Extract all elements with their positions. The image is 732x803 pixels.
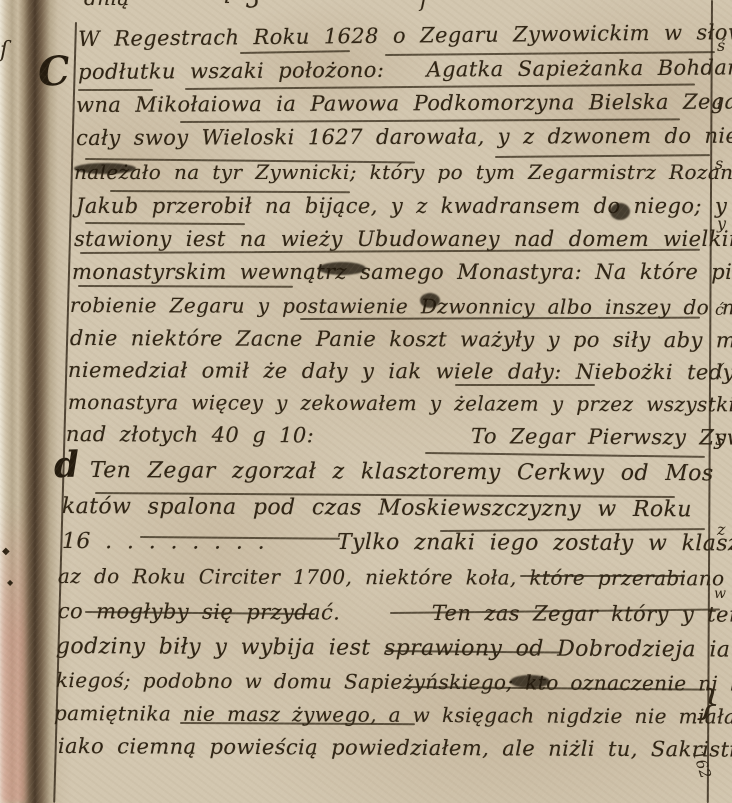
manuscript-line-13: nad złotych 40 g 10: To Zegar Pierwszy Z… [66,422,732,450]
manuscript-line-20: kiegoś; podobno w domu Sapieżyńskiego; k… [56,668,732,696]
page-edge-mark: w [714,586,726,602]
ink-blot [318,262,366,275]
underline-stroke [495,154,710,158]
manuscript-line-15: katów spalona pod czas Moskiewszczyzny w… [62,494,692,522]
page-edge-mark: ( [717,360,724,381]
manuscript-line-1: W Regestrach Roku 1628 o Zegaru Zywowick… [78,20,732,51]
underline-stroke [455,384,595,386]
underline-stroke [78,285,293,288]
manuscript-line-17: az do Roku Circiter 1700, niektóre koła,… [58,564,732,590]
underline-stroke [85,222,245,225]
manuscript-line-9: robienie Zegaru y postawienie Dzwonnicy … [70,293,732,319]
manuscript-line-2: podłutku wszaki położono: Agatka Sapieża… [78,55,732,84]
page-edge-mark: ł [717,94,722,113]
manuscript-line-12: monastyra więcey y zekowałem y żelazem y… [68,390,732,416]
page-edge-mark: S [715,430,726,449]
margin-letter-d: d [53,444,80,487]
page-edge-mark: ſ [0,38,8,63]
page-edge-mark: } [696,682,723,725]
ink-blot [510,675,550,688]
underline-stroke [425,452,705,458]
margin-letter-C: C [36,47,71,96]
manuscript-line-8: monastyrskim wewnątrz samego Monastyra: … [72,260,732,284]
underline-stroke [78,89,153,91]
page-edge-mark: z [717,520,725,539]
manuscript-line-19: godziny biły y wybija iest sprawiony od … [56,634,731,663]
page-edge-mark: s [715,154,723,173]
manuscript-line-6: Jakub przerobił na bijące, y z kwadranse… [76,194,732,218]
manuscript-line-16: 16 . . . . . . . . Tylko znaki iego zost… [62,529,732,557]
manuscript-line-10: dnie niektóre Zacne Panie koszt ważyły y… [70,326,732,352]
page-edge-mark: ◆ [7,578,13,587]
underline-stroke [180,118,680,123]
manuscript-line-7: stawiony iest na wieży Ubudowaney nad do… [74,227,732,251]
underline-stroke [110,190,350,193]
ink-blot [610,203,630,220]
underline-stroke [185,84,695,90]
manuscript-page: Cd W Regestrach Roku 1628 o Zegaru Zywow… [0,0,732,803]
underline-stroke [520,575,685,577]
manuscript-line-22: iako ciemną powieścią powiedziałem, ale … [58,734,732,762]
ink-blot [420,293,440,308]
cropped-top-line-fragment: ł ʒ [224,0,259,9]
manuscript-line-11: niemedział omił że dały y iak wiele dały… [68,358,732,384]
cropped-top-line-fragment: ſ [420,0,428,12]
manuscript-line-5: należało na tyr Zywnicki; który po tym Z… [74,160,732,184]
cropped-top-line-fragment: dnią [84,0,130,10]
page-edge-mark: ć [715,300,724,319]
manuscript-line-3: wna Mikołaiowa ia Pawowa Podkomorzyna Bi… [76,89,732,117]
underline-stroke [300,317,700,320]
page-edge-mark: ś [717,36,725,55]
manuscript-line-14: Ten Zegar zgorzał z klasztoremy Cerkwy o… [90,458,714,486]
ink-blot [74,163,136,174]
underline-stroke [240,50,350,54]
manuscript-line-4: cały swoy Wieloski 1627 darowała, y z dz… [76,124,732,150]
page-edge-mark: ◆ [2,546,10,557]
page-edge-mark: y [717,214,726,233]
